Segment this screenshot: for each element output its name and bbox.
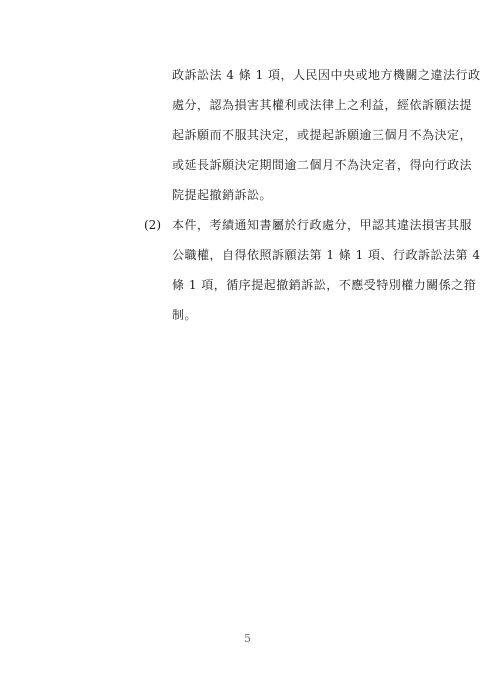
list-item-marker: (2) xyxy=(144,210,172,240)
document-page: 政訴訟法 4 條 1 項，人民因中央或地方機關之違法行政 處分，認為損害其權利或… xyxy=(0,0,495,700)
body-text-line: (2)本件，考績通知書屬於行政處分，甲認其違法損害其服 xyxy=(144,210,472,240)
body-text-block: 政訴訟法 4 條 1 項，人民因中央或地方機關之違法行政 處分，認為損害其權利或… xyxy=(172,60,472,330)
body-text-line: 或延長訴願決定期間逾二個月不為決定者，得向行政法 xyxy=(172,150,472,180)
body-text-line: 政訴訟法 4 條 1 項，人民因中央或地方機關之違法行政 xyxy=(172,60,472,90)
paragraph-continuation: 政訴訟法 4 條 1 項，人民因中央或地方機關之違法行政 處分，認為損害其權利或… xyxy=(172,60,472,210)
body-text-line: 處分，認為損害其權利或法律上之利益，經依訴願法提 xyxy=(172,90,472,120)
body-text-line: 條 1 項，循序提起撤銷訴訟，不應受特別權力關係之箝 xyxy=(172,270,472,300)
body-text-line: 制。 xyxy=(172,300,472,330)
paragraph-item-2: (2)本件，考績通知書屬於行政處分，甲認其違法損害其服 公職權，自得依照訴願法第… xyxy=(172,210,472,330)
body-text-line: 起訴願而不服其決定，或提起訴願逾三個月不為決定， xyxy=(172,120,472,150)
body-text-line: 院提起撤銷訴訟。 xyxy=(172,180,472,210)
body-text-line: 公職權，自得依照訴願法第 1 條 1 項、行政訴訟法第 4 xyxy=(172,240,472,270)
body-text-segment: 本件，考績通知書屬於行政處分，甲認其違法損害其服 xyxy=(172,218,472,232)
page-number: 5 xyxy=(0,631,495,647)
